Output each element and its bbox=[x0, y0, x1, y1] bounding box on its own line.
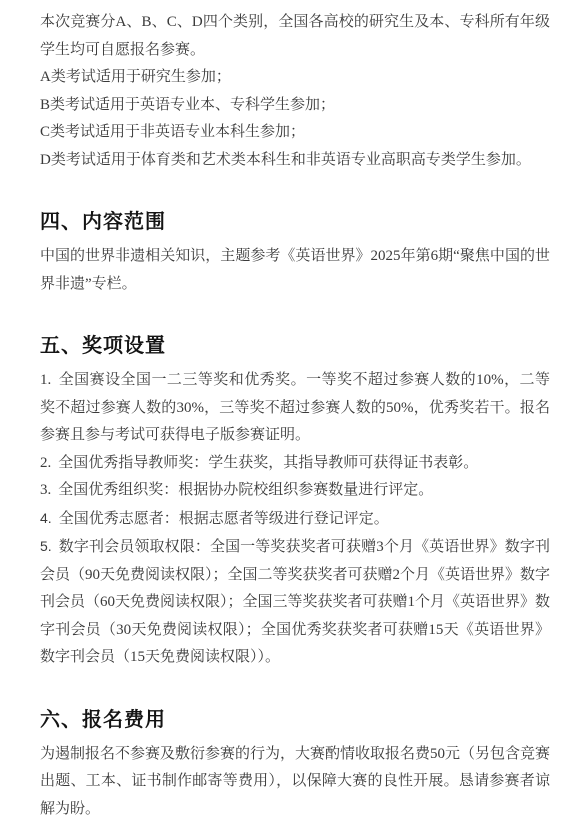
intro-paragraph: 本次竞赛分A、B、C、D四个类别，全国各高校的研究生及本、专科所有年级学生均可自… bbox=[40, 9, 550, 64]
section-registration-fee: 六、报名费用 为遏制报名不参赛及敷衍参赛的行为，大赛酌情收取报名费50元（另包含… bbox=[40, 706, 550, 818]
section-heading-registration-fee: 六、报名费用 bbox=[40, 706, 550, 734]
award-item: 3.全国优秀组织奖：根据协办院校组织参赛数量进行评定。 bbox=[40, 477, 550, 505]
item-text: 全国优秀指导教师奖：学生获奖，其指导教师可获得证书表彰。 bbox=[58, 455, 478, 471]
item-text: 全国赛设全国一二三等奖和优秀奖。一等奖不超过参赛人数的10%，二等奖不超过参赛人… bbox=[40, 372, 550, 443]
award-item: 2.全国优秀指导教师奖：学生获奖，其指导教师可获得证书表彰。 bbox=[40, 450, 550, 478]
section-awards: 五、奖项设置 1.全国赛设全国一二三等奖和优秀奖。一等奖不超过参赛人数的10%，… bbox=[40, 332, 550, 672]
section-paragraph: 中国的世界非遗相关知识，主题参考《英语世界》2025年第6期“聚焦中国的世界非遗… bbox=[40, 243, 550, 298]
document-page: 本次竞赛分A、B、C、D四个类别，全国各高校的研究生及本、专科所有年级学生均可自… bbox=[0, 0, 588, 818]
item-text: 数字刊会员领取权限：全国一等奖获奖者可获赠3个月《英语世界》数字刊会员（90天免… bbox=[40, 539, 550, 665]
item-text: 全国优秀组织奖：根据协办院校组织参赛数量进行评定。 bbox=[58, 482, 433, 498]
category-line-b: B类考试适用于英语专业本、专科学生参加； bbox=[40, 92, 550, 120]
award-item: 1.全国赛设全国一二三等奖和优秀奖。一等奖不超过参赛人数的10%，二等奖不超过参… bbox=[40, 367, 550, 450]
award-item: 4.全国优秀志愿者：根据志愿者等级进行登记评定。 bbox=[40, 505, 550, 534]
category-line-d: D类考试适用于体育类和艺术类本科生和非英语专业高职高专类学生参加。 bbox=[40, 147, 550, 175]
category-line-a: A类考试适用于研究生参加； bbox=[40, 64, 550, 92]
section-heading-content-scope: 四、内容范围 bbox=[40, 208, 550, 236]
item-text: 全国优秀志愿者：根据志愿者等级进行登记评定。 bbox=[59, 511, 389, 527]
award-item: 5.数字刊会员领取权限：全国一等奖获奖者可获赠3个月《英语世界》数字刊会员（90… bbox=[40, 533, 550, 672]
section-content-scope: 四、内容范围 中国的世界非遗相关知识，主题参考《英语世界》2025年第6期“聚焦… bbox=[40, 208, 550, 298]
item-number: 3. bbox=[40, 482, 51, 498]
section-paragraph: 为遏制报名不参赛及敷衍参赛的行为，大赛酌情收取报名费50元（另包含竞赛出题、工本… bbox=[40, 741, 550, 818]
item-number: 2. bbox=[40, 455, 51, 471]
item-number: 1. bbox=[40, 372, 51, 388]
section-heading-awards: 五、奖项设置 bbox=[40, 332, 550, 360]
item-number: 4. bbox=[40, 510, 52, 526]
item-number: 5. bbox=[40, 538, 52, 554]
category-line-c: C类考试适用于非英语专业本科生参加； bbox=[40, 119, 550, 147]
